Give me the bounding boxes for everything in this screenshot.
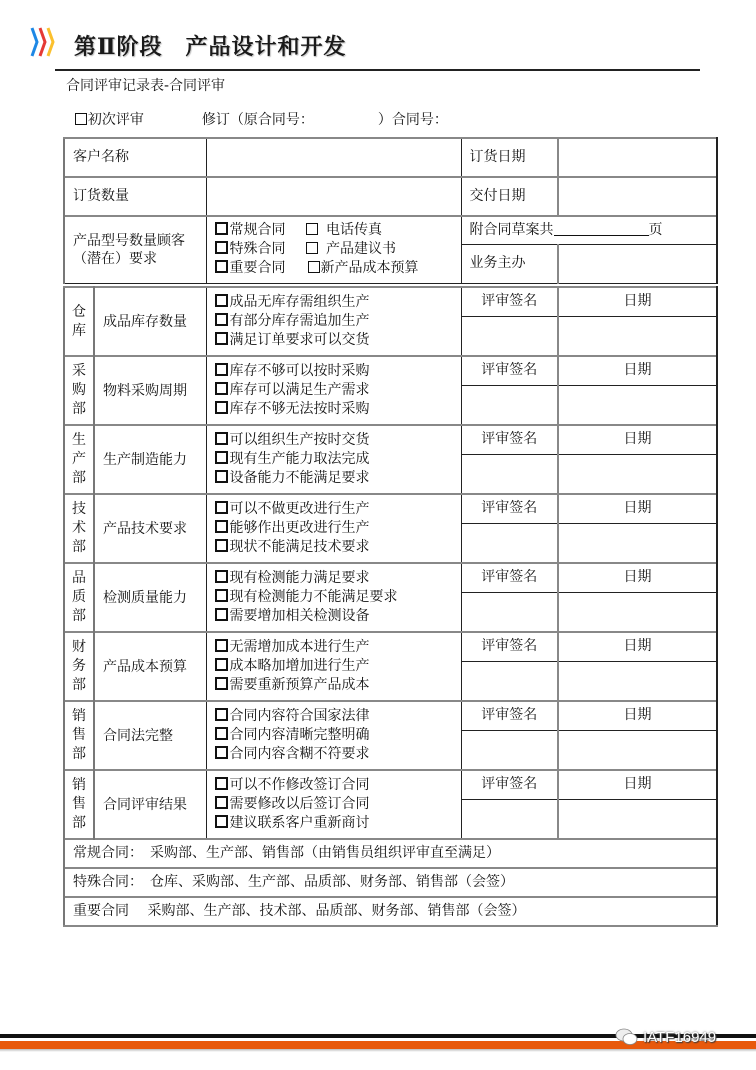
contract-type-row: 重要合同新产品成本预算: [215, 259, 461, 278]
date-field[interactable]: [558, 454, 717, 494]
order-qty-label: 订货数量: [64, 177, 206, 216]
option-checkbox[interactable]: [215, 539, 228, 552]
option-checkbox[interactable]: [215, 313, 228, 326]
signature-field[interactable]: [461, 385, 558, 425]
watermark-text: IATF16949: [643, 1029, 716, 1046]
attached-draft-cell: 附合同草案共页: [461, 216, 717, 244]
review-option: 需要修改以后签订合同: [215, 795, 461, 814]
department-name: 生产部: [64, 425, 94, 494]
chevron-logo-icon: [30, 25, 56, 59]
review-option: 库存不够可以按时采购: [215, 362, 461, 381]
department-row: 技术部产品技术要求可以不做更改进行生产能够作出更改进行生产现状不能满足技术要求评…: [64, 494, 717, 523]
review-option: 合同内容符合国家法律: [215, 707, 461, 726]
option-checkbox[interactable]: [215, 432, 228, 445]
date-label: 日期: [558, 494, 717, 523]
option-checkbox[interactable]: [215, 382, 228, 395]
review-option: 需要重新预算产品成本: [215, 676, 461, 695]
department-row: 采购部物料采购周期库存不够可以按时采购库存可以满足生产需求库存不够无法按时采购评…: [64, 356, 717, 385]
date-label: 日期: [558, 287, 717, 316]
first-review-checkbox[interactable]: [75, 113, 87, 125]
signature-field[interactable]: [461, 454, 558, 494]
review-item: 生产制造能力: [94, 425, 206, 494]
review-option: 库存不够无法按时采购: [215, 400, 461, 419]
order-date-label: 订货日期: [461, 138, 558, 177]
signature-field[interactable]: [461, 316, 558, 356]
customer-name-field[interactable]: [206, 138, 461, 177]
review-option: 现有检测能力不能满足要求: [215, 588, 461, 607]
date-field[interactable]: [558, 730, 717, 770]
department-row: 生产部生产制造能力可以组织生产按时交货现有生产能力取法完成设备能力不能满足要求评…: [64, 425, 717, 454]
department-row: 品质部检测质量能力现有检测能力满足要求现有检测能力不能满足要求需要增加相关检测设…: [64, 563, 717, 592]
review-option: 可以组织生产按时交货: [215, 431, 461, 450]
signature-field[interactable]: [461, 592, 558, 632]
option-checkbox[interactable]: [215, 470, 228, 483]
delivery-date-label: 交付日期: [461, 177, 558, 216]
review-option: 无需增加成本进行生产: [215, 638, 461, 657]
signature-field[interactable]: [461, 661, 558, 701]
review-item: 物料采购周期: [94, 356, 206, 425]
review-options: 库存不够可以按时采购库存可以满足生产需求库存不够无法按时采购: [206, 356, 461, 425]
department-name: 采购部: [64, 356, 94, 425]
department-name: 销售部: [64, 770, 94, 839]
contract-no-label: ）合同号：: [378, 112, 448, 129]
regular-contract-checkbox[interactable]: [215, 222, 228, 235]
review-item: 产品技术要求: [94, 494, 206, 563]
option-checkbox[interactable]: [215, 708, 228, 721]
revision-label: 修订（原合同号：: [202, 112, 314, 129]
review-option: 合同内容含糊不符要求: [215, 745, 461, 764]
date-label: 日期: [558, 356, 717, 385]
department-review-table: 仓库成品库存数量成品无库存需组织生产有部分库存需追加生产满足订单要求可以交货评审…: [63, 286, 718, 927]
review-option: 满足订单要求可以交货: [215, 331, 461, 350]
date-label: 日期: [558, 770, 717, 799]
option-checkbox[interactable]: [215, 815, 228, 828]
order-date-field[interactable]: [558, 138, 717, 177]
department-name: 财务部: [64, 632, 94, 701]
note-special-contract: 特殊合同： 仓库、采购部、生产部、品质部、财务部、销售部（会签）: [64, 868, 717, 897]
option-checkbox[interactable]: [215, 363, 228, 376]
date-label: 日期: [558, 563, 717, 592]
date-field[interactable]: [558, 799, 717, 839]
review-option: 库存可以满足生产需求: [215, 381, 461, 400]
review-option: 需要增加相关检测设备: [215, 607, 461, 626]
wechat-icon: [615, 1028, 639, 1046]
review-options: 成品无库存需组织生产有部分库存需追加生产满足订单要求可以交货: [206, 287, 461, 356]
note-important-contract: 重要合同 采购部、生产部、技术部、品质部、财务部、销售部（会签）: [64, 897, 717, 926]
review-option: 合同内容清晰完整明确: [215, 726, 461, 745]
signature-label: 评审签名: [461, 563, 558, 592]
review-option: 成品无库存需组织生产: [215, 293, 461, 312]
delivery-date-field[interactable]: [558, 177, 717, 216]
option-checkbox[interactable]: [215, 589, 228, 602]
review-option: 可以不作修改签订合同: [215, 776, 461, 795]
contract-type-row: 特殊合同 产品建议书: [215, 240, 461, 259]
department-row: 销售部合同法完整合同内容符合国家法律合同内容清晰完整明确合同内容含糊不符要求评审…: [64, 701, 717, 730]
footer-shadow: [0, 1049, 756, 1052]
date-field[interactable]: [558, 592, 717, 632]
review-option: 建议联系客户重新商讨: [215, 814, 461, 833]
option-checkbox[interactable]: [215, 677, 228, 690]
customer-name-label: 客户名称: [64, 138, 206, 177]
signature-field[interactable]: [461, 799, 558, 839]
review-options: 可以不做更改进行生产能够作出更改进行生产现状不能满足技术要求: [206, 494, 461, 563]
department-row: 销售部合同评审结果可以不作修改签订合同需要修改以后签订合同建议联系客户重新商讨评…: [64, 770, 717, 799]
review-option: 可以不做更改进行生产: [215, 500, 461, 519]
option-checkbox[interactable]: [215, 332, 228, 345]
review-option: 现状不能满足技术要求: [215, 538, 461, 557]
option-checkbox[interactable]: [215, 501, 228, 514]
option-checkbox[interactable]: [215, 451, 228, 464]
review-item: 成品库存数量: [94, 287, 206, 356]
order-qty-field[interactable]: [206, 177, 461, 216]
date-field[interactable]: [558, 523, 717, 563]
important-contract-checkbox[interactable]: [215, 260, 228, 273]
special-contract-checkbox[interactable]: [215, 241, 228, 254]
review-option: 设备能力不能满足要求: [215, 469, 461, 488]
department-name: 技术部: [64, 494, 94, 563]
business-owner-field[interactable]: [558, 244, 717, 283]
option-checkbox[interactable]: [215, 294, 228, 307]
review-option: 现有检测能力满足要求: [215, 569, 461, 588]
review-option: 现有生产能力取法完成: [215, 450, 461, 469]
department-row: 仓库成品库存数量成品无库存需组织生产有部分库存需追加生产满足订单要求可以交货评审…: [64, 287, 717, 316]
option-checkbox[interactable]: [215, 796, 228, 809]
date-label: 日期: [558, 701, 717, 730]
review-option: 有部分库存需追加生产: [215, 312, 461, 331]
draft-pages-field[interactable]: [554, 221, 649, 236]
business-owner-label: 业务主办: [461, 244, 558, 283]
contract-review-table: 客户名称 订货日期 订货数量 交付日期 产品型号数量顾客（潜在）要求 常规合同 …: [63, 137, 718, 284]
new-product-cost-checkbox[interactable]: [308, 261, 320, 273]
phone-fax-checkbox[interactable]: [306, 223, 318, 235]
signature-label: 评审签名: [461, 425, 558, 454]
department-row: 财务部产品成本预算无需增加成本进行生产成本略加增加进行生产需要重新预算产品成本评…: [64, 632, 717, 661]
review-options: 无需增加成本进行生产成本略加增加进行生产需要重新预算产品成本: [206, 632, 461, 701]
option-checkbox[interactable]: [215, 570, 228, 583]
page-title: 第Ⅱ阶段 产品设计和开发: [74, 30, 347, 61]
watermark: IATF16949: [615, 1028, 716, 1046]
first-review-label: 初次评审: [88, 112, 144, 129]
option-checkbox[interactable]: [215, 401, 228, 414]
review-option: 能够作出更改进行生产: [215, 519, 461, 538]
department-name: 仓库: [64, 287, 94, 356]
option-checkbox[interactable]: [215, 746, 228, 759]
review-options: 现有检测能力满足要求现有检测能力不能满足要求需要增加相关检测设备: [206, 563, 461, 632]
note-regular-contract: 常规合同： 采购部、生产部、销售部（由销售员组织评审直至满足）: [64, 839, 717, 868]
signature-label: 评审签名: [461, 494, 558, 523]
option-checkbox[interactable]: [215, 658, 228, 671]
product-requirements-label: 产品型号数量顾客（潜在）要求: [64, 216, 206, 283]
review-type-line: 初次评审修订（原合同号：）合同号：: [66, 95, 448, 129]
review-item: 合同评审结果: [94, 770, 206, 839]
date-label: 日期: [558, 425, 717, 454]
date-field[interactable]: [558, 385, 717, 425]
date-field[interactable]: [558, 661, 717, 701]
contract-type-options: 常规合同 电话传真 特殊合同 产品建议书 重要合同新产品成本预算: [206, 216, 461, 283]
form-title: 合同评审记录表-合同评审: [66, 78, 225, 95]
header-divider: [55, 69, 700, 71]
option-checkbox[interactable]: [215, 727, 228, 740]
option-checkbox[interactable]: [215, 608, 228, 621]
review-item: 产品成本预算: [94, 632, 206, 701]
department-name: 品质部: [64, 563, 94, 632]
review-item: 检测质量能力: [94, 563, 206, 632]
contract-type-row: 常规合同 电话传真: [215, 221, 461, 240]
review-options: 合同内容符合国家法律合同内容清晰完整明确合同内容含糊不符要求: [206, 701, 461, 770]
option-checkbox[interactable]: [215, 639, 228, 652]
review-options: 可以不作修改签订合同需要修改以后签订合同建议联系客户重新商讨: [206, 770, 461, 839]
signature-label: 评审签名: [461, 770, 558, 799]
signature-field[interactable]: [461, 730, 558, 770]
signature-label: 评审签名: [461, 356, 558, 385]
date-label: 日期: [558, 632, 717, 661]
review-item: 合同法完整: [94, 701, 206, 770]
date-field[interactable]: [558, 316, 717, 356]
review-option: 成本略加增加进行生产: [215, 657, 461, 676]
signature-label: 评审签名: [461, 701, 558, 730]
signature-label: 评审签名: [461, 632, 558, 661]
product-proposal-checkbox[interactable]: [306, 242, 318, 254]
review-options: 可以组织生产按时交货现有生产能力取法完成设备能力不能满足要求: [206, 425, 461, 494]
signature-field[interactable]: [461, 523, 558, 563]
department-name: 销售部: [64, 701, 94, 770]
signature-label: 评审签名: [461, 287, 558, 316]
option-checkbox[interactable]: [215, 520, 228, 533]
option-checkbox[interactable]: [215, 777, 228, 790]
